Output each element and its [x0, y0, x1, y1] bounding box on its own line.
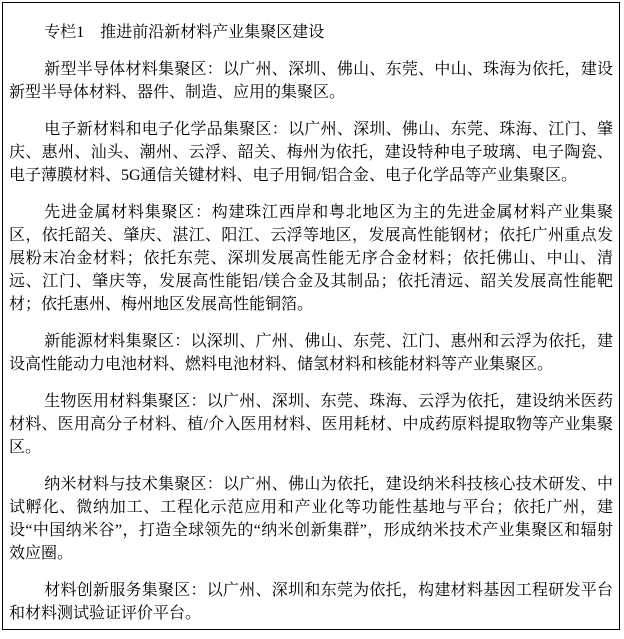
para-electronic-new-materials: 电子新材料和电子化学品集聚区：以广州、深圳、佛山、东莞、珠海、江门、肇庆、惠州、… — [9, 118, 613, 187]
para-advanced-metal-materials: 先进金属材料集聚区：构建珠江西岸和粤北地区为主的先进金属材料产业集聚区，依托韶关… — [9, 201, 613, 316]
box-title: 专栏1 推进前沿新材料产业集聚区建设 — [9, 21, 613, 44]
para-nano-materials-technology: 纳米材料与技术集聚区：以广州、佛山为依托，建设纳米科技核心技术研发、中试孵化、微… — [9, 473, 613, 565]
para-materials-innovation-service: 材料创新服务集聚区：以广州、深圳和东莞为依托，构建材料基因工程研发平台和材料测试… — [9, 579, 613, 625]
para-new-semiconductor-materials: 新型半导体材料集聚区：以广州、深圳、佛山、东莞、中山、珠海为依托，建设新型半导体… — [9, 58, 613, 104]
para-biomedical-materials: 生物医用材料集聚区：以广州、深圳、东莞、珠海、云浮为依托，建设纳米医药材料、医用… — [9, 390, 613, 459]
column-box-frame: 专栏1 推进前沿新材料产业集聚区建设 新型半导体材料集聚区：以广州、深圳、佛山、… — [2, 2, 620, 630]
para-new-energy-materials: 新能源材料集聚区：以深圳、广州、佛山、东莞、江门、惠州和云浮为依托，建设高性能动… — [9, 330, 613, 376]
column-box-content: 专栏1 推进前沿新材料产业集聚区建设 新型半导体材料集聚区：以广州、深圳、佛山、… — [3, 3, 619, 625]
page: { "box": { "title": "专栏1 推进前沿新材料产业集聚区建设"… — [0, 0, 624, 639]
